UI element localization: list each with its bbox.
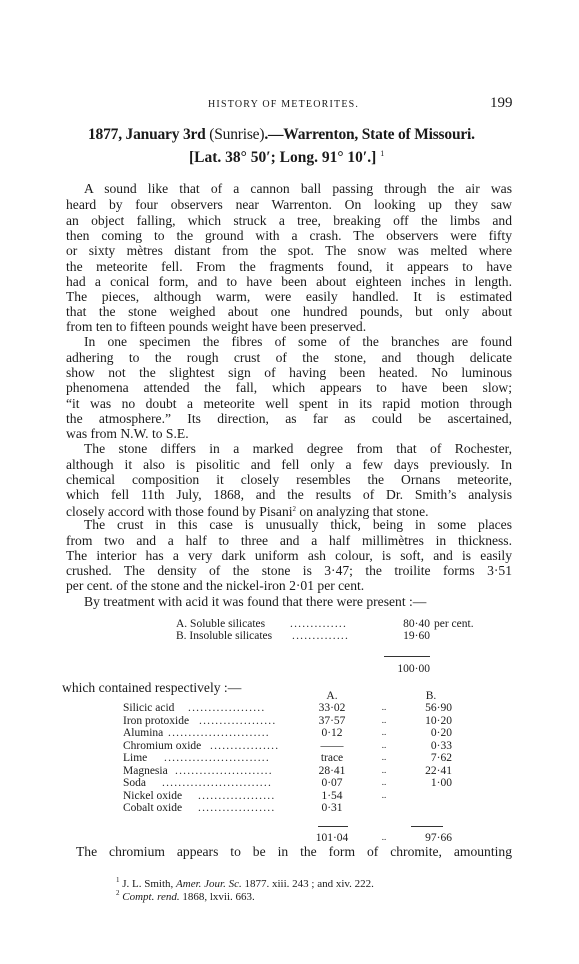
separator: ..: [377, 715, 391, 725]
text-line: that the stone weighed about one hundred…: [66, 304, 512, 319]
text-line: phenomena attended the fall, which appea…: [66, 380, 512, 395]
silicates-table: A. Soluble silicates .............. 80·4…: [0, 618, 579, 678]
text-line: from two and a half to three and a half …: [66, 533, 512, 548]
row-label: Cobalt oxide: [123, 802, 182, 814]
value-a: 37·57: [310, 715, 354, 727]
text-line: The chromium appears to be in the form o…: [76, 844, 512, 859]
value-b: 56·90: [410, 702, 452, 714]
row-label: Chromium oxide: [123, 740, 201, 752]
text-line: per cent. of the stone and the nickel-ir…: [66, 578, 512, 593]
table-row: B. Insoluble silicates .............. 19…: [0, 630, 579, 644]
running-head-title: HISTORY OF METEORITES.: [208, 99, 359, 110]
leader-dots: ...........................: [162, 777, 272, 789]
value-a: 1·54: [310, 790, 354, 802]
row-unit: per cent.: [434, 618, 474, 630]
sum-rule: [384, 656, 430, 657]
heading-coordinates: [Lat. 38° 50′; Long. 91° 10′.] 1: [189, 149, 384, 167]
separator: ..: [377, 832, 391, 842]
text-line: an object falling, which struck a tree, …: [66, 213, 512, 228]
book-page: HISTORY OF METEORITES. 199 1877, January…: [0, 0, 579, 964]
value-a: 0·07: [310, 777, 354, 789]
row-value: 19·60: [388, 630, 430, 642]
footnote-citation: 1868, lxvii. 663.: [180, 891, 255, 903]
text-line: The pieces, although warm, were easily h…: [66, 289, 512, 304]
separator: ..: [377, 702, 391, 712]
text-line: then coming to the ground with a crash. …: [66, 228, 512, 243]
footnotes: 1 J. L. Smith, Amer. Jour. Sc. 1877. xii…: [116, 876, 374, 903]
row-value: 80·40: [388, 618, 430, 630]
column-header-a: A.: [310, 690, 354, 702]
text-line: The stone differs in a marked degree fro…: [84, 441, 512, 456]
footnote-2: 2 Compt. rend. 1868, lxvii. 663.: [116, 889, 374, 903]
separator: ..: [377, 740, 391, 750]
text-line: heard by four observers near Warrenton. …: [66, 197, 512, 212]
footnote-mark: 1: [116, 876, 120, 884]
text-line: had a conical form, and to have been abo…: [66, 274, 512, 289]
value-a: trace: [310, 752, 354, 764]
row-label: Alumina: [123, 727, 163, 739]
leader-dots: ..............: [290, 618, 347, 630]
leader-dots: .........................: [168, 727, 270, 739]
row-label: Silicic acid: [123, 702, 174, 714]
heading-place: .—Warrenton, State of Missouri.: [264, 126, 475, 143]
separator: ..: [377, 765, 391, 775]
separator: ..: [377, 790, 391, 800]
footnote-mark: 2: [116, 889, 120, 897]
text-line: although it also is pisolitic and fell o…: [66, 457, 512, 472]
text-line: the meteorite fell. From the fragments f…: [66, 259, 512, 274]
row-label: Nickel oxide: [123, 790, 182, 802]
row-label: Iron protoxide: [123, 715, 189, 727]
text-line: chemical composition it closely resemble…: [66, 472, 512, 487]
value-a: 0·12: [310, 727, 354, 739]
text-line: crushed. The density of the stone is 3·4…: [66, 563, 512, 578]
table-total: 100·00: [384, 663, 430, 675]
leader-dots: ..............: [292, 630, 349, 642]
footnote-journal: Compt. rend.: [122, 891, 179, 903]
value-a: 28·41: [310, 765, 354, 777]
row-label: B. Insoluble silicates: [176, 630, 272, 642]
value-b: 0·33: [410, 740, 452, 752]
total-a: 101·04: [310, 832, 354, 844]
leader-dots: ...................: [199, 715, 276, 727]
value-b: 7·62: [410, 752, 452, 764]
leader-dots: ........................: [175, 765, 273, 777]
separator: ..: [377, 777, 391, 787]
composition-table: A. B. Silicic acid ................... 3…: [0, 690, 579, 840]
total-b: 97·66: [410, 832, 452, 844]
text-line: By treatment with acid it was found that…: [84, 594, 512, 609]
row-label: Soda: [123, 777, 146, 789]
heading-date: 1877, January 3rd: [88, 126, 206, 143]
sum-rule-b: [411, 826, 443, 827]
column-header-b: B.: [416, 690, 446, 702]
footnote-citation: 1877. xiii. 243 ; and xiv. 222.: [242, 878, 374, 890]
sum-rule-a: [318, 826, 348, 827]
value-b: 22·41: [410, 765, 452, 777]
leader-dots: ...................: [188, 702, 265, 714]
leader-dots: ...................: [198, 790, 275, 802]
value-a: ——: [310, 740, 354, 752]
coordinates-text: [Lat. 38° 50′; Long. 91° 10′.]: [189, 149, 376, 166]
text-line: “it was no doubt a meteorite well spent …: [66, 396, 512, 411]
text-line: the atmosphere.” Its direction, as far a…: [66, 411, 512, 426]
text-line: In one specimen the fibres of some of th…: [84, 334, 512, 349]
heading-time: (Sunrise): [209, 126, 264, 143]
text-line: from ten to fifteen pounds weight have b…: [66, 319, 512, 334]
text-line: adhering to the rough crust of the stone…: [66, 350, 512, 365]
value-b: 1·00: [410, 777, 452, 789]
separator: ..: [377, 752, 391, 762]
text-line: A sound like that of a cannon ball passi…: [84, 181, 512, 196]
value-b: 0·20: [410, 727, 452, 739]
text-line: The crust in this case is unusually thic…: [84, 517, 512, 532]
value-a: 0·31: [310, 802, 354, 814]
text-line: show not the slightest sign of having be…: [66, 365, 512, 380]
text-line: was from N.W. to S.E.: [66, 426, 512, 441]
section-heading: 1877, January 3rd (Sunrise).—Warrenton, …: [88, 126, 475, 144]
leader-dots: ..........................: [164, 752, 270, 764]
separator: ..: [377, 727, 391, 737]
text-line: or sixty mètres distant from the spot. T…: [66, 243, 512, 258]
text-line: The interior has a very dark uniform ash…: [66, 548, 512, 563]
value-a: 33·02: [310, 702, 354, 714]
page-number: 199: [490, 95, 513, 112]
value-b: 10·20: [410, 715, 452, 727]
leader-dots: ...................: [198, 802, 275, 814]
footnote-ref: 1: [380, 149, 384, 158]
leader-dots: .................: [210, 740, 279, 752]
footnote-1: 1 J. L. Smith, Amer. Jour. Sc. 1877. xii…: [116, 876, 374, 890]
row-label: Lime: [123, 752, 147, 764]
row-label: Magnesia: [123, 765, 168, 777]
text-line: which fell 11th July, 1868, and the resu…: [66, 487, 512, 502]
row-label: A. Soluble silicates: [176, 618, 265, 630]
